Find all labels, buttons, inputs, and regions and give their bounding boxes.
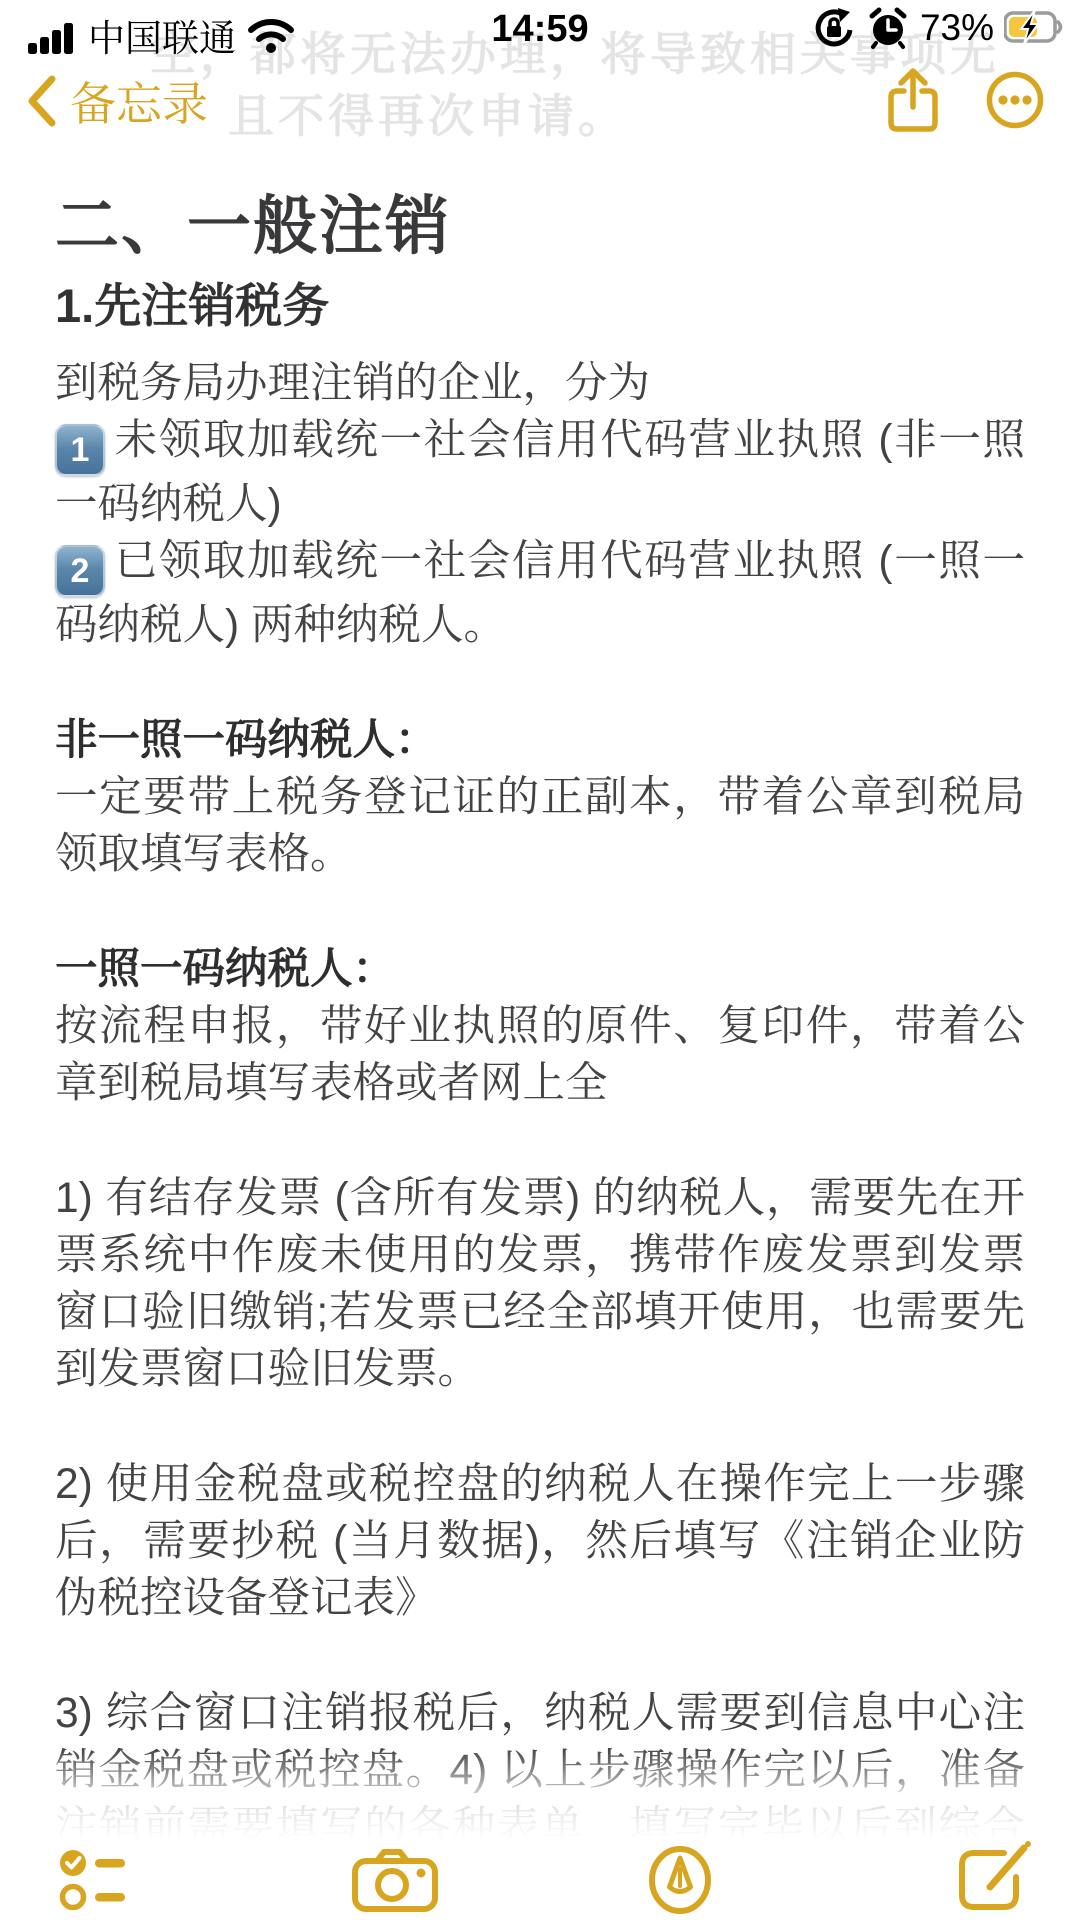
- compose-button[interactable]: [938, 1841, 1034, 1919]
- paragraph-spacer: [55, 1627, 1025, 1685]
- markup-button[interactable]: [645, 1845, 741, 1915]
- text-run: 一照一码纳税人：: [55, 946, 395, 993]
- camera-button[interactable]: [351, 1847, 447, 1913]
- note-paragraph: 到税务局办理注销的企业，分为: [55, 355, 1025, 412]
- text-run: 一定要带上税务登记证的正副本，带着公章到税局领取填写表格。: [55, 774, 1025, 878]
- chevron-left-icon: [26, 75, 56, 127]
- status-bar: 中国联通 14:59 73%: [0, 0, 1080, 60]
- share-button[interactable]: [884, 67, 942, 133]
- bottom-fade-overlay: [0, 1748, 1080, 1840]
- battery-percent-label: 73%: [920, 7, 994, 49]
- battery-charging-icon: [1004, 10, 1064, 46]
- nav-bar: 备忘录: [0, 60, 1080, 140]
- paragraph-spacer: [55, 1112, 1025, 1170]
- paragraph-spacer: [55, 1398, 1025, 1456]
- checklist-button[interactable]: [58, 1848, 154, 1912]
- keycap-2-icon: 2: [55, 545, 105, 597]
- paragraph-spacer: [55, 883, 1025, 941]
- bottom-toolbar: [0, 1840, 1080, 1920]
- text-run: 到税务局办理注销的企业，分为: [55, 360, 650, 407]
- text-run: 1) 有结存发票 (含所有发票) 的纳税人，需要先在开票系统中作废未使用的发票，…: [55, 1175, 1025, 1393]
- note-section-heading: 非一照一码纳税人：: [55, 712, 1025, 769]
- keycap-1-icon: 1: [55, 424, 105, 476]
- text-run: 2) 使用金税盘或税控盘的纳税人在操作完上一步骤后，需要抄税 (当月数据)，然后…: [55, 1461, 1025, 1622]
- back-button[interactable]: 备忘录: [26, 68, 208, 134]
- text-run: 按流程申报，带好业执照的原件、复印件，带着公章到税局填写表格或者网上全: [55, 1003, 1025, 1107]
- text-run: 已领取加载统一社会信用代码营业执照 (一照一码纳税人) 两种纳税人。: [55, 538, 1025, 649]
- note-paragraph: 2已领取加载统一社会信用代码营业执照 (一照一码纳税人) 两种纳税人。: [55, 533, 1025, 654]
- note-editor[interactable]: 二、一般注销 1.先注销税务 到税务局办理注销的企业，分为1未领取加载统一社会信…: [0, 140, 1080, 1913]
- note-paragraph: 按流程申报，带好业执照的原件、复印件，带着公章到税局填写表格或者网上全: [55, 998, 1025, 1112]
- orientation-lock-icon: [812, 6, 856, 50]
- note-body: 到税务局办理注销的企业，分为1未领取加载统一社会信用代码营业执照 (非一照一码纳…: [55, 355, 1025, 1913]
- note-subtitle: 1.先注销税务: [55, 278, 1025, 333]
- note-paragraph: 一定要带上税务登记证的正副本，带着公章到税局领取填写表格。: [55, 769, 1025, 883]
- paragraph-spacer: [55, 654, 1025, 712]
- more-button[interactable]: [986, 71, 1044, 129]
- note-title: 二、一般注销: [55, 186, 1025, 266]
- note-paragraph: 1) 有结存发票 (含所有发票) 的纳税人，需要先在开票系统中作废未使用的发票，…: [55, 1170, 1025, 1398]
- alarm-icon: [866, 6, 910, 50]
- note-paragraph: 2) 使用金税盘或税控盘的纳税人在操作完上一步骤后，需要抄税 (当月数据)，然后…: [55, 1456, 1025, 1627]
- note-section-heading: 一照一码纳税人：: [55, 941, 1025, 998]
- text-run: 非一照一码纳税人：: [55, 717, 438, 764]
- note-paragraph: 1未领取加载统一社会信用代码营业执照 (非一照一码纳税人): [55, 412, 1025, 533]
- back-button-label: 备忘录: [70, 68, 208, 134]
- text-run: 未领取加载统一社会信用代码营业执照 (非一照一码纳税人): [55, 417, 1025, 528]
